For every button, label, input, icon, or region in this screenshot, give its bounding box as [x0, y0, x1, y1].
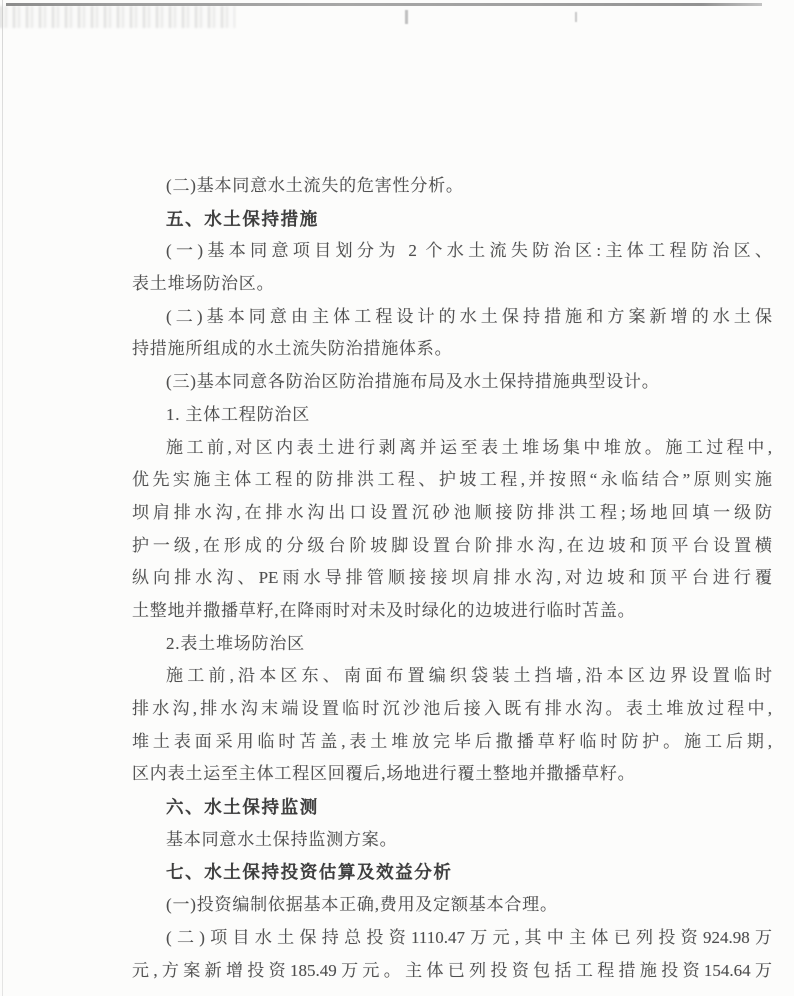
section-heading: 七、水土保持投资估算及效益分析 — [132, 856, 772, 889]
text-line: 优先实施主体工程的防排洪工程、护坡工程,并按照“永临结合”原则实施 — [132, 464, 772, 497]
text-line: 持措施所组成的水土流失防治措施体系。 — [132, 333, 772, 366]
text-line: 护一级,在形成的分级台阶坡脚设置台阶排水沟,在边坡和顶平台设置横 — [132, 530, 772, 563]
text-line: 纵向排水沟、PE雨水导排管顺接接坝肩排水沟,对边坡和顶平台进行覆 — [132, 562, 772, 595]
text-line: 2.表土堆场防治区 — [132, 628, 772, 661]
text-line: 施工前,沿本区东、南面布置编织袋装土挡墙,沿本区边界设置临时 — [132, 660, 772, 693]
text-line: 1. 主体工程防治区 — [132, 399, 772, 432]
scan-artifact-speck — [575, 12, 577, 22]
text-line: (一)投资编制依据基本正确,费用及定额基本合理。 — [132, 889, 772, 922]
text-line: 排水沟,排水沟末端设置临时沉沙池后接入既有排水沟。表土堆放过程中, — [132, 693, 772, 726]
scan-artifact-left-edge — [2, 0, 3, 996]
text-line: 施工前,对区内表土进行剥离并运至表土堆场集中堆放。施工过程中, — [132, 432, 772, 465]
text-line: (一)基本同意项目划分为 2 个水土流失防治区:主体工程防治区、 — [132, 235, 772, 268]
document-page: (二)基本同意水土流失的危害性分析。五、水土保持措施(一)基本同意项目划分为 2… — [0, 0, 794, 996]
scan-artifact-smudge — [0, 6, 235, 28]
text-line: 区内表土运至主体工程区回覆后,场地进行覆土整地并撒播草籽。 — [132, 758, 772, 791]
text-line: 坝肩排水沟,在排水沟出口设置沉砂池顺接防排洪工程;场地回填一级防 — [132, 497, 772, 530]
text-line: 堆土表面采用临时苫盖,表土堆放完毕后撒播草籽临时防护。施工后期, — [132, 726, 772, 759]
scan-artifact-speck — [405, 10, 408, 24]
section-heading: 五、水土保持措施 — [132, 203, 772, 236]
document-body: (二)基本同意水土流失的危害性分析。五、水土保持措施(一)基本同意项目划分为 2… — [132, 170, 772, 987]
section-heading: 六、水土保持监测 — [132, 791, 772, 824]
text-line: (三)基本同意各防治区防治措施布局及水土保持措施典型设计。 — [132, 366, 772, 399]
text-line: 基本同意水土保持监测方案。 — [132, 824, 772, 857]
text-line: 元,方案新增投资185.49万元。主体已列投资包括工程措施投资154.64万 — [132, 955, 772, 988]
text-line: (二)基本同意由主体工程设计的水土保持措施和方案新增的水土保 — [132, 301, 772, 334]
text-line: 土整地并撒播草籽,在降雨时对未及时绿化的边坡进行临时苫盖。 — [132, 595, 772, 628]
text-line: (二)基本同意水土流失的危害性分析。 — [132, 170, 772, 203]
text-line: 表土堆场防治区。 — [132, 268, 772, 301]
text-line: (二)项目水土保持总投资1110.47万元,其中主体已列投资924.98万 — [132, 922, 772, 955]
